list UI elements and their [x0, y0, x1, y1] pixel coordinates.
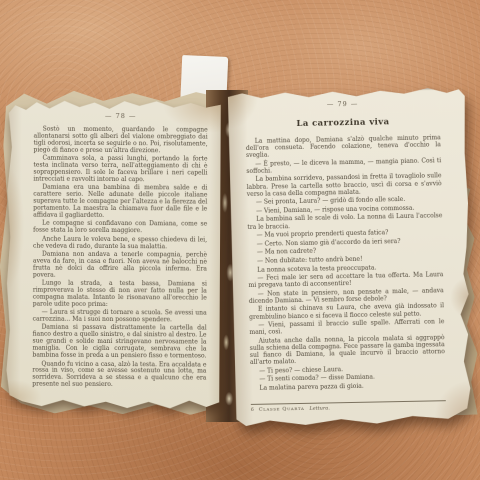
paragraph: Lungo la strada, a testa bassa, Damiana … [33, 281, 207, 310]
paragraph: Anche Laura le voleva bene, e spesso chi… [33, 236, 207, 251]
footer-series: Classe Quarta [259, 406, 305, 413]
paragraph: Sostò un momento, guardando le compagne … [34, 127, 208, 156]
page-footer: 6 Classe Quarta Lettura. [251, 400, 446, 413]
paragraph: Damiana non andava a tenerle compagnia, … [33, 251, 207, 280]
paragraph: Aiutata anche dalla nonna, la piccola ma… [250, 334, 446, 366]
left-page-surface: — 78 — Sostò un momento, guardando le co… [5, 97, 221, 408]
paragraph: La mattina dopo, Damiana s'alzò qualche … [246, 134, 441, 159]
left-page-text: Sostò un momento, guardando le compagne … [32, 127, 207, 390]
right-page-text: La mattina dopo, Damiana s'alzò qualche … [246, 134, 446, 393]
right-page: — 79 — La carrozzina viva La mattina dop… [228, 86, 472, 427]
paragraph: — Laura si strugge di tornare a scuola. … [33, 310, 207, 325]
left-page-number: — 78 — [34, 112, 208, 121]
footer-subject: Lettura. [309, 405, 330, 411]
left-page: — 78 — Sostò un momento, guardando le co… [5, 97, 221, 408]
paragraph: — Feci male ier sera ad accettare la tua… [248, 271, 443, 289]
paragraph: La bambina sorrideva, passandosi in fret… [246, 173, 441, 198]
paragraph: Damiana era una bambina di membra salde … [33, 185, 207, 220]
right-page-number: — 79 — [245, 98, 440, 110]
paragraph: Camminava sola, a passi lunghi, portando… [33, 156, 207, 185]
chapter-title: La carrozzina viva [245, 116, 440, 130]
paragraph: Le compagne si confidavano con Damiana, … [33, 221, 207, 236]
paragraph: Damiana si passava distrattamente la car… [32, 325, 206, 360]
footer-mark: 6 [251, 408, 254, 413]
right-page-surface: — 79 — La carrozzina viva La mattina dop… [228, 86, 472, 427]
paragraph: Quando fu vicino a casa, alzò la testa. … [32, 361, 206, 390]
